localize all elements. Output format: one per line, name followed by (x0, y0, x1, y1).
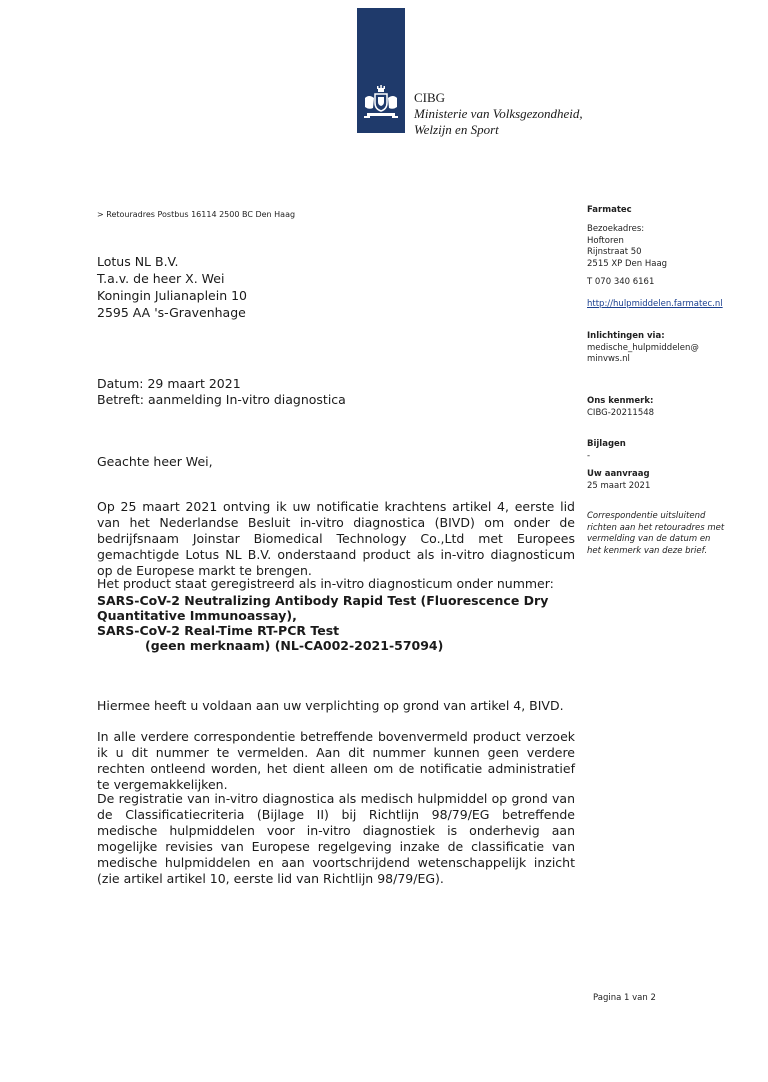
visit-city: 2515 XP Den Haag (587, 259, 747, 271)
sidebar-visit-address: Bezoekadres: Hoftoren Rijnstraat 50 2515… (587, 224, 747, 270)
attachments-value: - (587, 451, 747, 463)
sidebar-department: Farmatec (587, 205, 747, 217)
reference-value: CIBG-20211548 (587, 408, 747, 420)
info-email-line1: medische_hulpmiddelen@ (587, 343, 747, 355)
ministry-name-line1: Ministerie van Volksgezondheid, (414, 106, 583, 122)
visit-label: Bezoekadres: (587, 224, 747, 236)
ministry-logo-bar (357, 8, 405, 133)
info-label: Inlichtingen via: (587, 331, 665, 341)
return-address: > Retouradres Postbus 16114 2500 BC Den … (97, 210, 295, 219)
sidebar-request: Uw aanvraag 25 maart 2021 (587, 469, 747, 492)
royal-coat-of-arms-icon (361, 84, 401, 124)
addressee-attention: T.a.v. de heer X. Wei (97, 270, 247, 287)
visit-building: Hoftoren (587, 236, 747, 248)
addressee-block: Lotus NL B.V. T.a.v. de heer X. Wei Koni… (97, 253, 247, 321)
salutation: Geachte heer Wei, (97, 454, 575, 470)
letter-date: Datum: 29 maart 2021 (97, 376, 346, 392)
visit-street: Rijnstraat 50 (587, 247, 747, 259)
reference-label: Ons kenmerk: (587, 396, 653, 406)
sidebar-phone: T 070 340 6161 (587, 277, 747, 289)
sidebar-info: Inlichtingen via: medische_hulpmiddelen@… (587, 331, 747, 366)
product-line-1: SARS-CoV-2 Neutralizing Antibody Rapid T… (97, 593, 575, 608)
addressee-city: 2595 AA 's-Gravenhage (97, 304, 247, 321)
org-abbreviation: CIBG (414, 90, 583, 106)
organization-name: CIBG Ministerie van Volksgezondheid, Wel… (414, 90, 583, 138)
addressee-street: Koningin Julianaplein 10 (97, 287, 247, 304)
request-label: Uw aanvraag (587, 469, 650, 479)
sidebar-attachments: Bijlagen - (587, 439, 747, 462)
letter-meta: Datum: 29 maart 2021 Betreft: aanmelding… (97, 376, 346, 408)
body-paragraph-2: Het product staat geregistreerd als in-v… (97, 576, 575, 592)
product-line-3: SARS-CoV-2 Real-Time RT-PCR Test (97, 623, 575, 638)
request-value: 25 maart 2021 (587, 481, 747, 493)
product-registration: SARS-CoV-2 Neutralizing Antibody Rapid T… (97, 593, 575, 653)
body-paragraph-5: De registratie van in-vitro diagnostica … (97, 791, 575, 887)
body-paragraph-1: Op 25 maart 2021 ontving ik uw notificat… (97, 499, 575, 579)
body-paragraph-3: Hiermee heeft u voldaan aan uw verplicht… (97, 698, 575, 714)
page-number: Pagina 1 van 2 (593, 993, 656, 1003)
website-link[interactable]: http://hulpmiddelen.farmatec.nl (587, 299, 723, 309)
ministry-name-line2: Welzijn en Sport (414, 122, 583, 138)
product-registration-number: (geen merknaam) (NL-CA002-2021-57094) (97, 638, 575, 653)
addressee-company: Lotus NL B.V. (97, 253, 247, 270)
sidebar-website[interactable]: http://hulpmiddelen.farmatec.nl (587, 299, 747, 311)
info-email-line2: minvws.nl (587, 354, 747, 366)
attachments-label: Bijlagen (587, 439, 626, 449)
correspondence-note: Correspondentie uitsluitend richten aan … (587, 511, 727, 557)
letter-subject: Betreft: aanmelding In-vitro diagnostica (97, 392, 346, 408)
product-line-2: Quantitative Immunoassay), (97, 608, 575, 623)
body-paragraph-4: In alle verdere correspondentie betreffe… (97, 729, 575, 793)
sidebar-reference: Ons kenmerk: CIBG-20211548 (587, 396, 747, 419)
